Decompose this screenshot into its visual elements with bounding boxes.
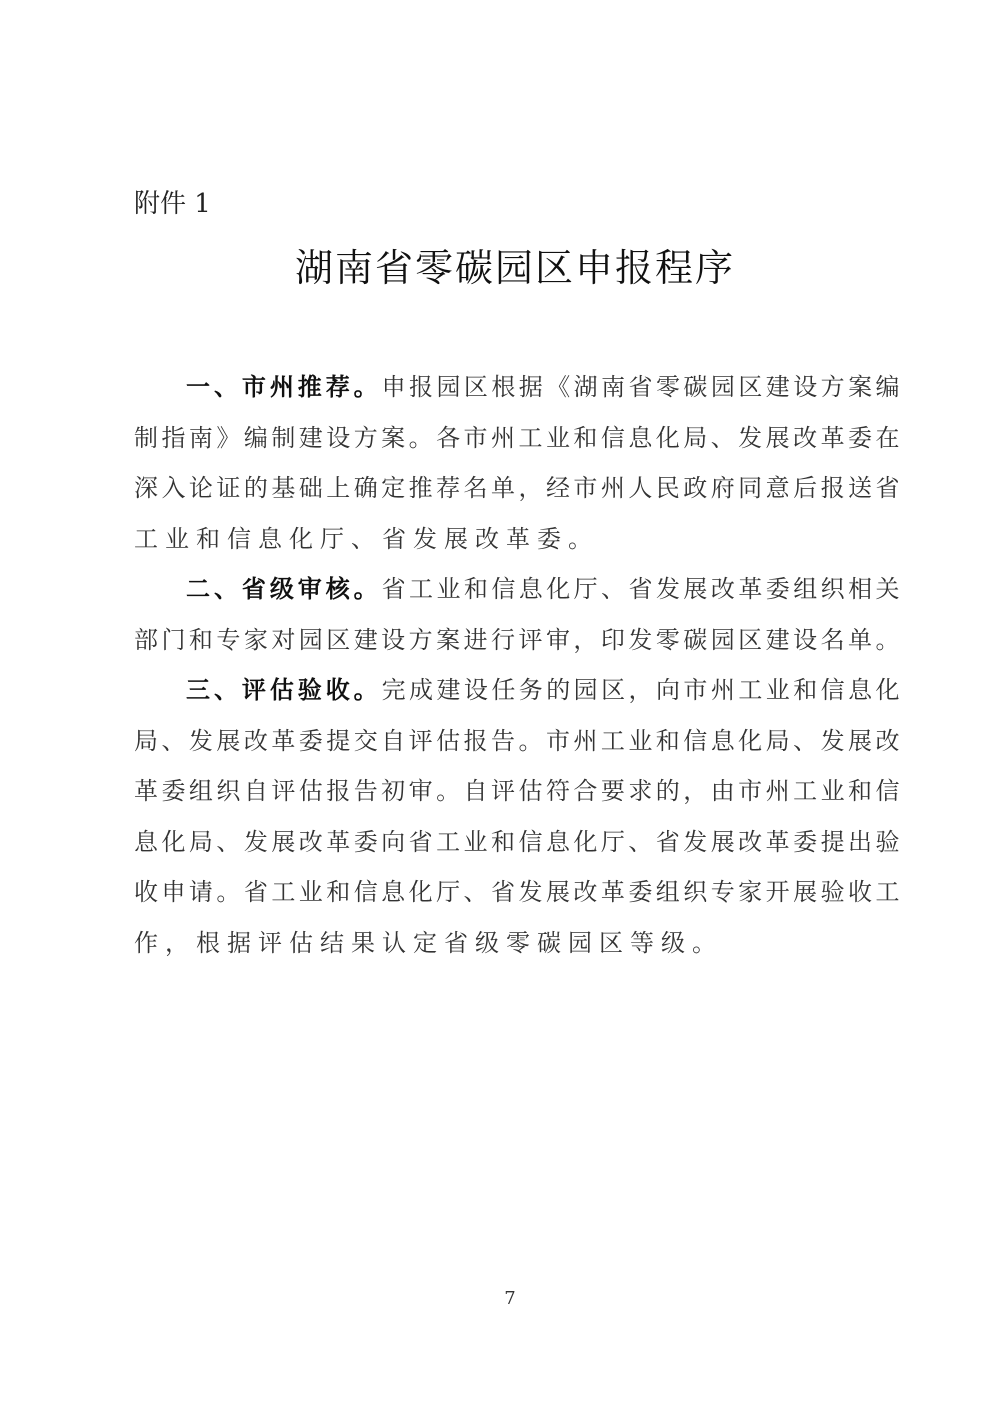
paragraph-text: 完成建设任务的园区，向市州工业和信息化: [382, 676, 900, 704]
section-first-line: 一、市州推荐。申报园区根据《湖南省零碳园区建设方案编: [134, 362, 900, 413]
paragraph-line: 深入论证的基础上确定推荐名单，经市州人民政府同意后报送省: [134, 463, 900, 514]
section-first-line: 三、评估验收。完成建设任务的园区，向市州工业和信息化: [134, 665, 900, 716]
page-number: 7: [0, 1288, 1000, 1309]
paragraph-line: 作，根据评估结果认定省级零碳园区等级。: [134, 918, 900, 969]
section-heading: 一、市州推荐。: [186, 373, 382, 401]
section-heading: 二、省级审核。: [186, 575, 382, 603]
paragraph-line: 制指南》编制建设方案。各市州工业和信息化局、发展改革委在: [134, 413, 900, 464]
attachment-label: 附件 1: [134, 184, 211, 224]
document-title: 湖南省零碳园区申报程序: [0, 240, 1000, 296]
paragraph-line: 息化局、发展改革委向省工业和信息化厅、省发展改革委提出验: [134, 817, 900, 868]
paragraph-line: 部门和专家对园区建设方案进行评审，印发零碳园区建设名单。: [134, 615, 900, 666]
section-provincial-review: 二、省级审核。省工业和信息化厅、省发展改革委组织相关 部门和专家对园区建设方案进…: [134, 564, 900, 665]
paragraph-text: 省工业和信息化厅、省发展改革委组织相关: [382, 575, 900, 603]
paragraph-text: 申报园区根据《湖南省零碳园区建设方案编: [382, 373, 900, 401]
section-evaluation-acceptance: 三、评估验收。完成建设任务的园区，向市州工业和信息化 局、发展改革委提交自评估报…: [134, 665, 900, 968]
document-body: 一、市州推荐。申报园区根据《湖南省零碳园区建设方案编 制指南》编制建设方案。各市…: [134, 362, 900, 968]
paragraph-line: 革委组织自评估报告初审。自评估符合要求的，由市州工业和信: [134, 766, 900, 817]
section-heading: 三、评估验收。: [186, 676, 382, 704]
paragraph-line: 工业和信息化厅、省发展改革委。: [134, 514, 900, 565]
paragraph-line: 收申请。省工业和信息化厅、省发展改革委组织专家开展验收工: [134, 867, 900, 918]
section-first-line: 二、省级审核。省工业和信息化厅、省发展改革委组织相关: [134, 564, 900, 615]
paragraph-line: 局、发展改革委提交自评估报告。市州工业和信息化局、发展改: [134, 716, 900, 767]
section-city-recommendation: 一、市州推荐。申报园区根据《湖南省零碳园区建设方案编 制指南》编制建设方案。各市…: [134, 362, 900, 564]
